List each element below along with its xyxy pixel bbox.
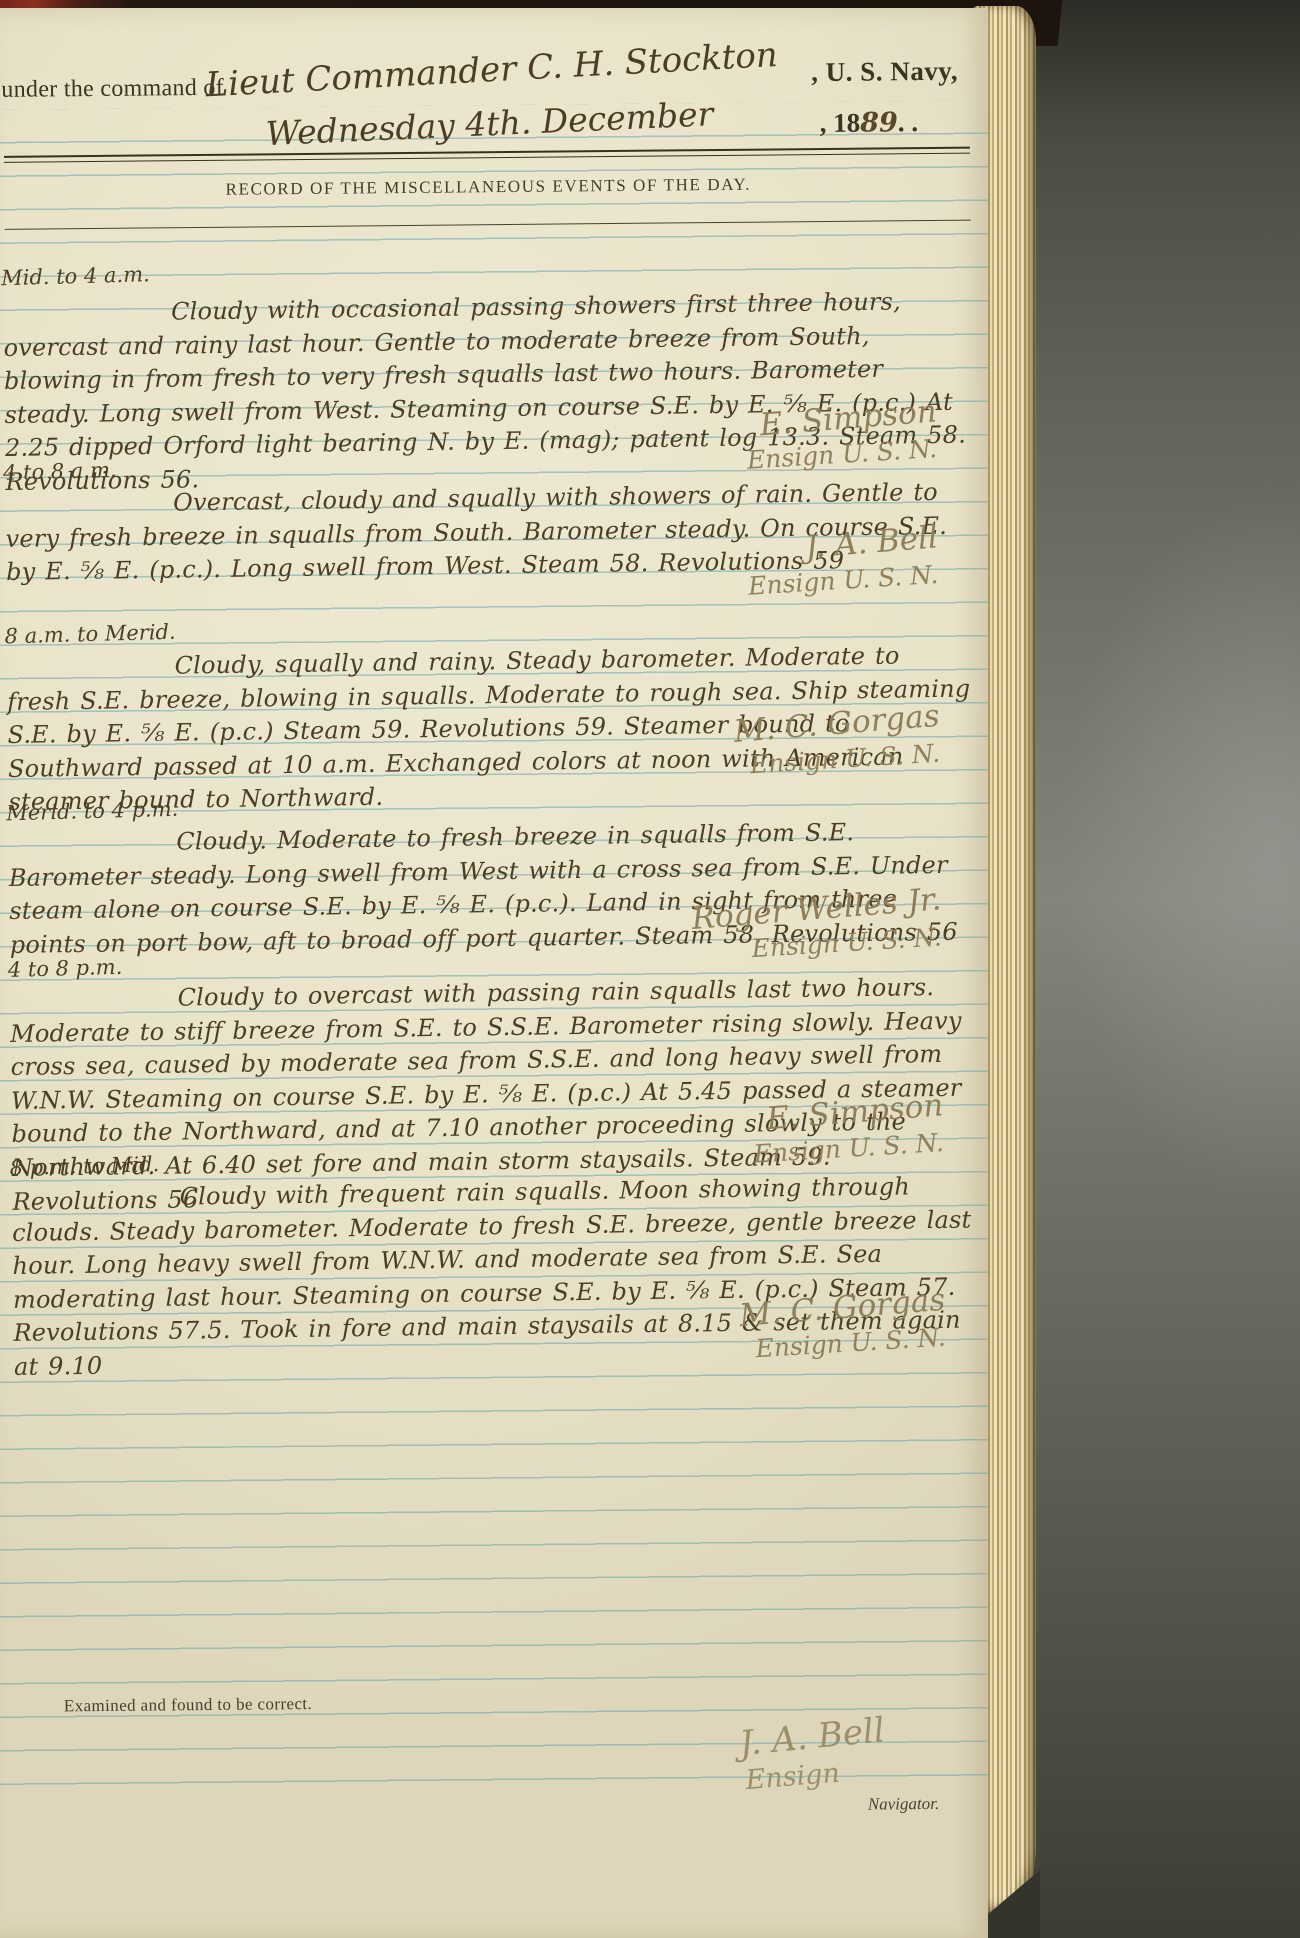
entry-signature: M. C. Gorgas Ensign U. S. N. [739,1289,946,1359]
year-suffix: . . [898,107,919,137]
command-prefix-label: under the command of [1,75,224,104]
navy-label: , U. S. Navy, [811,56,958,88]
entry-heading: 8 a.m. to Merid. [4,620,176,649]
year-prefix: , 18 [820,108,861,138]
entry-signature: M. C. Gorgas Ensign U. S. N. [733,705,940,775]
entry-heading: 4 to 8 a.m. [3,458,117,485]
year-line: , 1889. . [820,107,919,139]
entry-heading: 8 p.m. to Mid. [9,1152,159,1180]
entry-signature: J. A. Bell Ensign U. S. N. [747,526,938,596]
entry-heading: Mid. to 4 a.m. [1,262,150,290]
entry-signature: E. Simpson Ensign U. S. N. [753,1094,944,1164]
examined-label: Examined and found to be correct. [64,1694,312,1716]
entry-heading: 4 to 8 p.m. [7,955,122,982]
year-handwritten: 89 [860,107,898,138]
navigator-label: Navigator. [868,1794,940,1815]
page-content: under the command of Lieut Commander C. … [0,8,988,1938]
entry-heading: Merid. to 4 p.m. [6,797,179,826]
entry-signature: Roger Welles Jr. Ensign U. S. N. [691,890,942,960]
entry-signature: E. Simpson Ensign U. S. N. [746,400,937,470]
table-background [1030,0,1300,1938]
logbook-page: under the command of Lieut Commander C. … [0,8,988,1938]
